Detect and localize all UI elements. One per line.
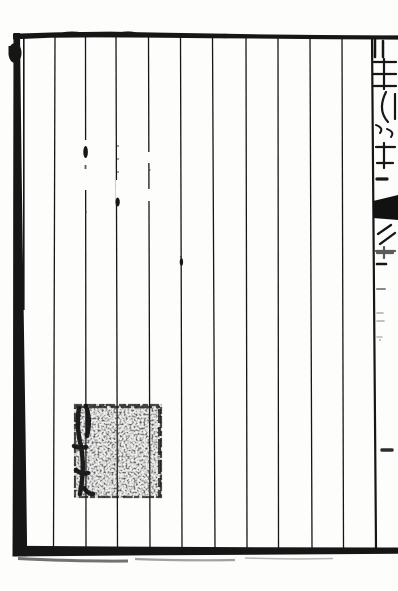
scan-speck <box>117 171 119 173</box>
frame-bottom-border <box>13 546 398 557</box>
frame-left-ink-blob <box>9 46 14 55</box>
scan-speck <box>379 339 381 341</box>
page-scan-canvas <box>0 0 398 591</box>
frame-top-ink-blob <box>217 34 233 38</box>
column-rule <box>181 37 183 549</box>
rule-artifacts <box>83 140 183 266</box>
banxin-fragment-curl <box>376 125 392 137</box>
seal-impression <box>74 404 162 498</box>
scan-speck <box>117 145 119 147</box>
column-rule <box>310 37 312 549</box>
rule-gap <box>148 189 152 201</box>
banxin-fragment-bars <box>373 59 396 89</box>
scan-speck <box>85 211 87 213</box>
book-page-scan <box>0 0 398 591</box>
banxin-fragments <box>373 38 398 450</box>
frame-top-ink-blob <box>118 31 138 36</box>
banxin-fragment-diag <box>378 225 395 244</box>
column-rule <box>54 37 56 549</box>
column-rule <box>213 37 216 549</box>
banxin-column <box>373 38 398 450</box>
scan-speck <box>117 158 119 160</box>
rule-gap <box>147 152 150 163</box>
frame-bottom-smudge <box>18 559 128 562</box>
rule-gap <box>116 180 119 199</box>
banxin-fragment-wedge <box>373 195 398 220</box>
rule-ink-blob <box>115 198 119 207</box>
frame-left-border <box>13 33 28 557</box>
column-rule <box>246 37 247 549</box>
column-rule <box>342 37 344 549</box>
scan-speck <box>148 169 150 171</box>
page-frame <box>9 31 398 561</box>
rule-ink-blob <box>83 146 88 158</box>
rule-ink-blob <box>180 258 183 266</box>
column-rule <box>278 37 279 549</box>
scan-specks <box>85 145 381 341</box>
scan-speck <box>180 256 182 258</box>
frame-top-ink-blob <box>59 32 85 38</box>
banxin-fragment-cross <box>376 143 395 168</box>
banxin-fragment-box <box>374 38 394 57</box>
banxin-fragment-curve <box>382 92 395 122</box>
banxin-fragment-cross <box>376 247 395 258</box>
rule-dot <box>85 165 87 169</box>
frame-bottom-smudge <box>245 558 333 559</box>
column-rule <box>372 37 376 549</box>
frame-bottom-smudge <box>135 559 235 560</box>
